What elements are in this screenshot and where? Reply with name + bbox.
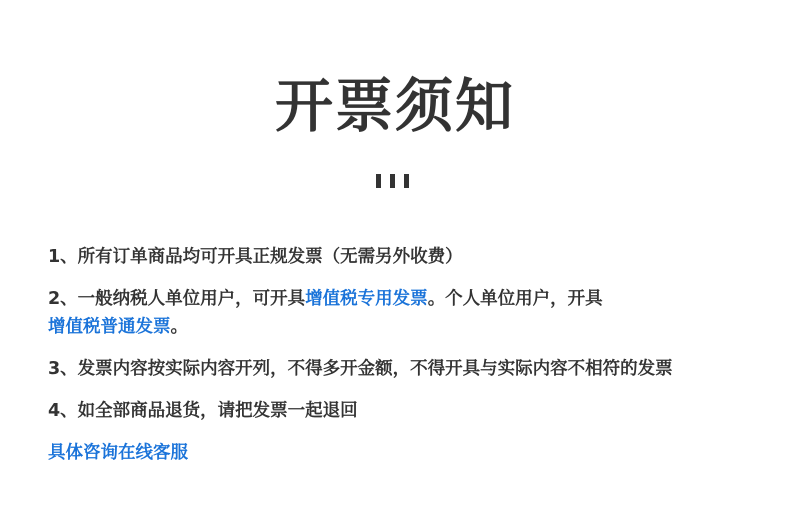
note-2-suffix: 。 <box>171 317 189 337</box>
note-item-1: 1、所有订单商品均可开具正规发票（无需另外收费） <box>48 244 463 270</box>
note-item-4: 4、如全部商品退货，请把发票一起退回 <box>48 398 358 424</box>
vat-ordinary-invoice-highlight: 增值税普通发票 <box>48 317 171 337</box>
divider-mark <box>404 174 409 188</box>
note-item-2-continued: 增值税普通发票。 <box>48 314 188 340</box>
divider-mark <box>376 174 381 188</box>
vat-special-invoice-highlight: 增值税专用发票 <box>305 289 428 309</box>
note-2-middle: 。个人单位用户，开具 <box>428 289 603 309</box>
note-item-3: 3、发票内容按实际内容开列，不得多开金额，不得开具与实际内容不相符的发票 <box>48 356 673 382</box>
note-2-prefix: 2、一般纳税人单位用户，可开具 <box>48 289 305 309</box>
divider-mark <box>390 174 395 188</box>
page-title: 开票须知 <box>0 70 790 142</box>
customer-service-link[interactable]: 具体咨询在线客服 <box>48 440 188 466</box>
note-item-2: 2、一般纳税人单位用户，可开具增值税专用发票。个人单位用户，开具 <box>48 286 603 312</box>
divider-marks <box>376 174 409 188</box>
